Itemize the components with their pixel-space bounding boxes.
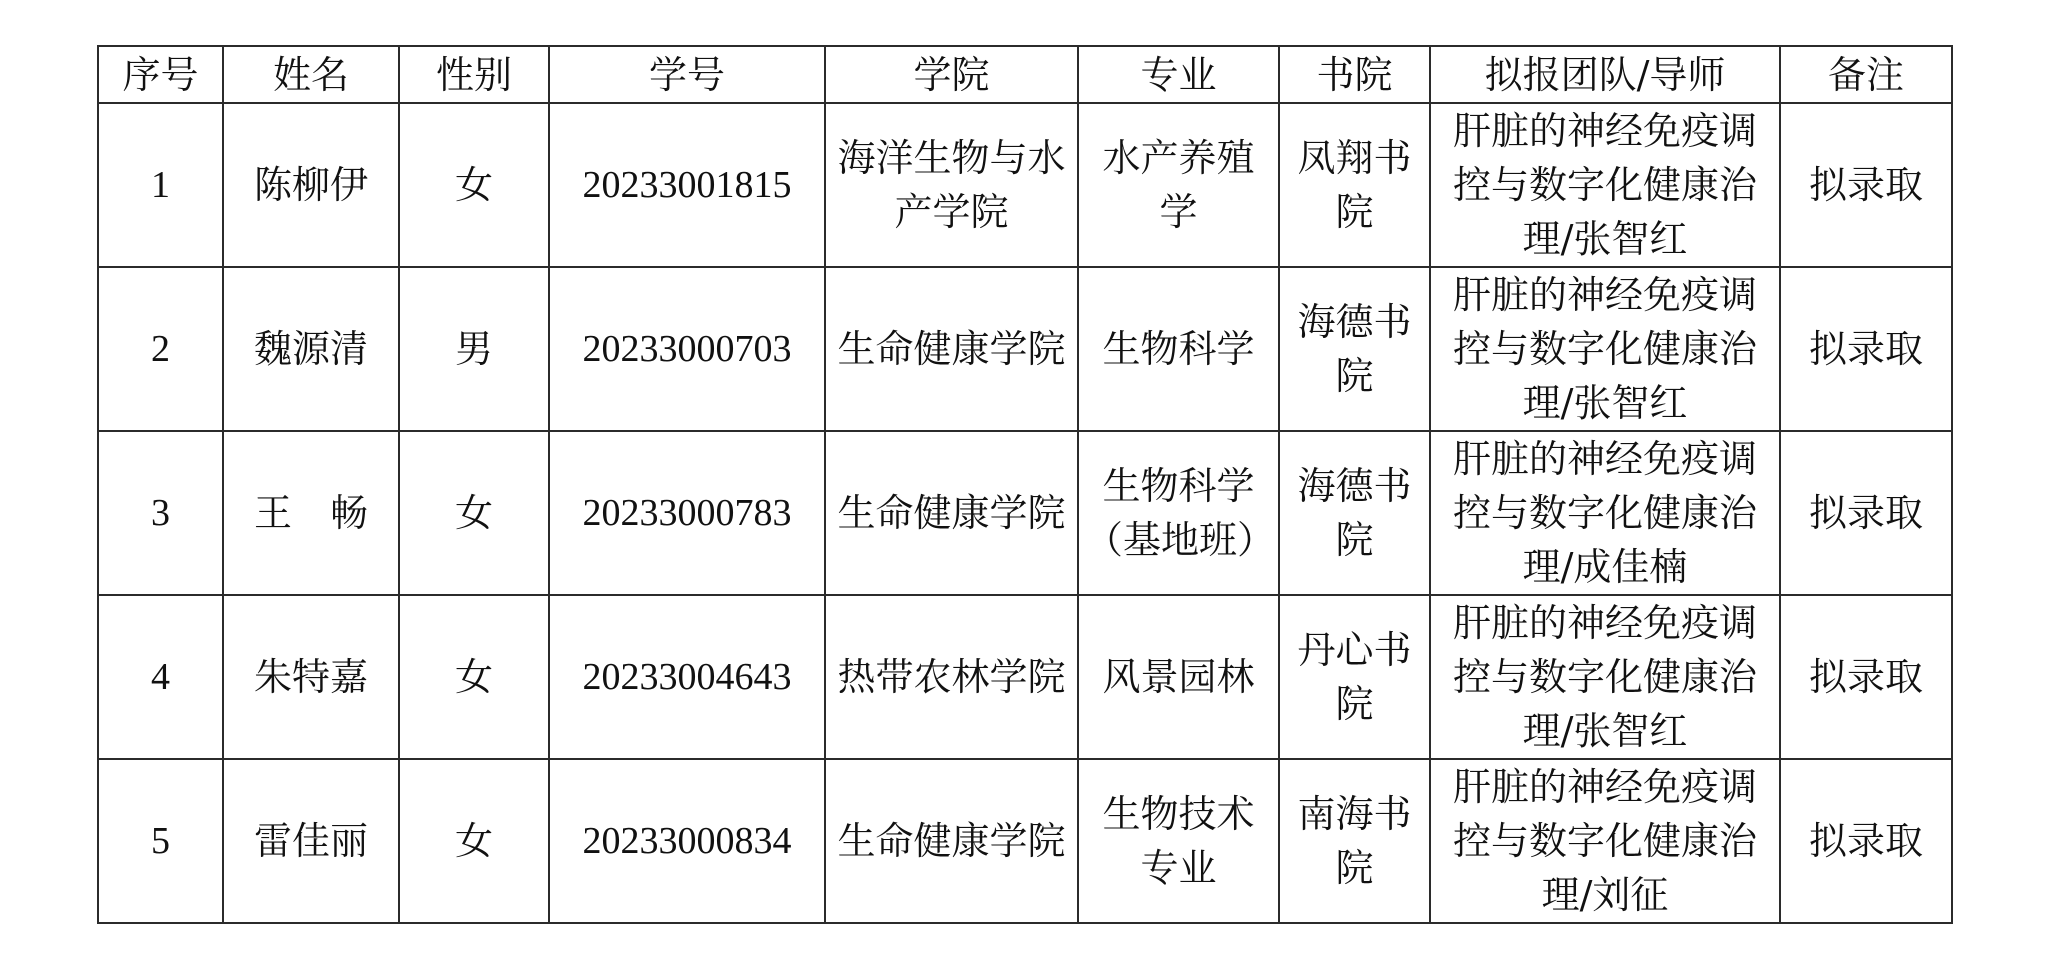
table-header: 序号 姓名 性别 学号 学院 专业 书院 拟报团队/导师 备注 [98, 46, 1952, 103]
cell-major: 生物科学（基地班） [1078, 431, 1279, 595]
cell-team-advisor: 肝脏的神经免疫调控与数字化健康治理/张智红 [1430, 103, 1780, 267]
cell-student-id: 20233000703 [549, 267, 825, 431]
cell-gender: 女 [399, 595, 549, 759]
cell-college: 生命健康学院 [825, 759, 1078, 923]
header-name: 姓名 [223, 46, 399, 103]
cell-college: 海洋生物与水产学院 [825, 103, 1078, 267]
cell-name: 陈柳伊 [223, 103, 399, 267]
header-academy: 书院 [1279, 46, 1430, 103]
table-row: 4 朱特嘉 女 20233004643 热带农林学院 风景园林 丹心书院 肝脏的… [98, 595, 1952, 759]
header-major: 专业 [1078, 46, 1279, 103]
header-row: 序号 姓名 性别 学号 学院 专业 书院 拟报团队/导师 备注 [98, 46, 1952, 103]
cell-major: 水产养殖学 [1078, 103, 1279, 267]
cell-academy: 海德书院 [1279, 431, 1430, 595]
cell-name: 王 畅 [223, 431, 399, 595]
cell-team-advisor: 肝脏的神经免疫调控与数字化健康治理/张智红 [1430, 267, 1780, 431]
cell-academy: 凤翔书院 [1279, 103, 1430, 267]
table-row: 2 魏源清 男 20233000703 生命健康学院 生物科学 海德书院 肝脏的… [98, 267, 1952, 431]
cell-team-advisor: 肝脏的神经免疫调控与数字化健康治理/张智红 [1430, 595, 1780, 759]
cell-name: 朱特嘉 [223, 595, 399, 759]
cell-remark: 拟录取 [1780, 431, 1952, 595]
cell-gender: 女 [399, 759, 549, 923]
cell-major: 生物技术专业 [1078, 759, 1279, 923]
cell-college: 热带农林学院 [825, 595, 1078, 759]
cell-index: 3 [98, 431, 223, 595]
admission-roster-table: 序号 姓名 性别 学号 学院 专业 书院 拟报团队/导师 备注 1 陈柳伊 女 … [97, 45, 1953, 924]
cell-name: 魏源清 [223, 267, 399, 431]
header-gender: 性别 [399, 46, 549, 103]
cell-student-id: 20233000834 [549, 759, 825, 923]
header-remark: 备注 [1780, 46, 1952, 103]
cell-college: 生命健康学院 [825, 267, 1078, 431]
cell-index: 5 [98, 759, 223, 923]
cell-team-advisor: 肝脏的神经免疫调控与数字化健康治理/刘征 [1430, 759, 1780, 923]
cell-academy: 海德书院 [1279, 267, 1430, 431]
cell-major: 生物科学 [1078, 267, 1279, 431]
cell-student-id: 20233001815 [549, 103, 825, 267]
cell-index: 4 [98, 595, 223, 759]
cell-gender: 女 [399, 431, 549, 595]
header-student-id: 学号 [549, 46, 825, 103]
table-row: 3 王 畅 女 20233000783 生命健康学院 生物科学（基地班） 海德书… [98, 431, 1952, 595]
cell-academy: 丹心书院 [1279, 595, 1430, 759]
table-row: 5 雷佳丽 女 20233000834 生命健康学院 生物技术专业 南海书院 肝… [98, 759, 1952, 923]
cell-team-advisor: 肝脏的神经免疫调控与数字化健康治理/成佳楠 [1430, 431, 1780, 595]
header-team-advisor: 拟报团队/导师 [1430, 46, 1780, 103]
cell-index: 2 [98, 267, 223, 431]
table-row: 1 陈柳伊 女 20233001815 海洋生物与水产学院 水产养殖学 凤翔书院… [98, 103, 1952, 267]
cell-major: 风景园林 [1078, 595, 1279, 759]
table-body: 1 陈柳伊 女 20233001815 海洋生物与水产学院 水产养殖学 凤翔书院… [98, 103, 1952, 923]
cell-student-id: 20233004643 [549, 595, 825, 759]
header-college: 学院 [825, 46, 1078, 103]
cell-student-id: 20233000783 [549, 431, 825, 595]
cell-remark: 拟录取 [1780, 267, 1952, 431]
cell-gender: 女 [399, 103, 549, 267]
cell-college: 生命健康学院 [825, 431, 1078, 595]
header-index: 序号 [98, 46, 223, 103]
cell-remark: 拟录取 [1780, 595, 1952, 759]
cell-academy: 南海书院 [1279, 759, 1430, 923]
cell-gender: 男 [399, 267, 549, 431]
cell-remark: 拟录取 [1780, 759, 1952, 923]
cell-name: 雷佳丽 [223, 759, 399, 923]
cell-index: 1 [98, 103, 223, 267]
cell-remark: 拟录取 [1780, 103, 1952, 267]
